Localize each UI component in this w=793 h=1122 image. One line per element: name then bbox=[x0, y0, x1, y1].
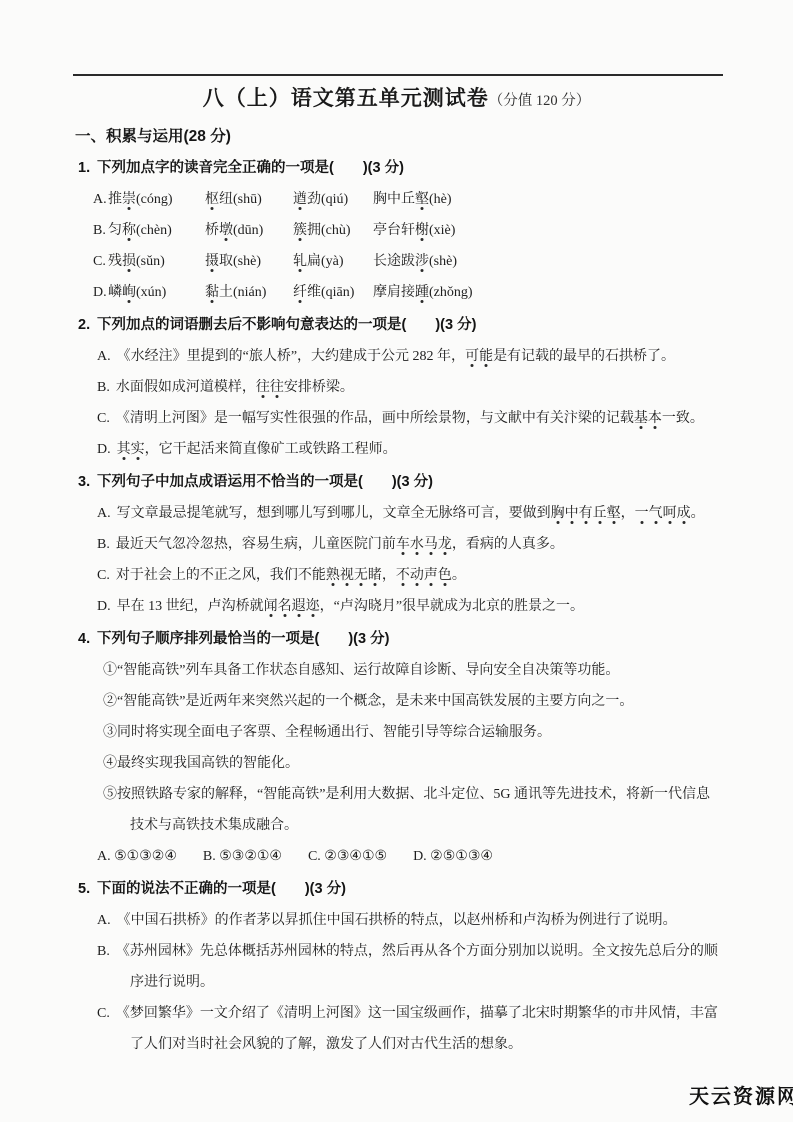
option-row: D.早在 13 世纪，卢沟桥就闻名遐迩，“卢沟晓月”很早就成为北京的胜景之一。 bbox=[75, 591, 730, 622]
text-run: 安排桥梁。 bbox=[284, 380, 354, 395]
text-run: 《梦回繁华》一文介绍了《清明上河图》这一国宝级画作，描摹了北宋时期繁华的市井风情… bbox=[116, 1006, 718, 1021]
word-cell: 轧扁(yà) bbox=[293, 246, 373, 277]
question-stem: 2.下列加点的词语删去后不影响句意表达的一项是( )(3 分) bbox=[75, 310, 730, 341]
text-run: 维 bbox=[307, 285, 321, 300]
option-row: B.《苏州园林》先总体概括苏州园林的特点，然后再从各个方面分别加以说明。全文按先… bbox=[75, 936, 730, 967]
dotted-char: 其 bbox=[117, 442, 131, 457]
dotted-char: 色 bbox=[438, 568, 452, 583]
text-run: (nián) bbox=[233, 285, 266, 300]
word-cell: 嶙峋(xún) bbox=[108, 277, 205, 308]
question-stem: 5.下面的说法不正确的一项是( )(3 分) bbox=[75, 874, 730, 905]
question-stem-text: 下列加点字的读音完全正确的一项是( )(3 分) bbox=[97, 160, 404, 176]
option-row: B.匀称(chèn)桥墩(dūn)簇拥(chù)亭台轩榭(xiè) bbox=[75, 215, 730, 246]
question-4: 4.下列句子顺序排列最恰当的一项是( )(3 分)①“智能高铁”列车具备工作状态… bbox=[75, 624, 730, 872]
word-cell: 胸中丘壑(hè) bbox=[373, 184, 452, 215]
dotted-char: 遐 bbox=[292, 599, 306, 614]
text-run: 扁 bbox=[307, 254, 321, 269]
text-run: 桥 bbox=[205, 223, 219, 238]
word-cell: 匀称(chèn) bbox=[108, 215, 205, 246]
text-run: 拥 bbox=[307, 223, 321, 238]
word-cell: 桥墩(dūn) bbox=[205, 215, 293, 246]
option-label: B. bbox=[97, 537, 110, 552]
sentence-row: ②“智能高铁”是近两年来突然兴起的一个概念，是未来中国高铁发展的主要方向之一。 bbox=[75, 686, 730, 717]
text-run: ， bbox=[382, 568, 396, 583]
option-label: C. bbox=[97, 1006, 110, 1021]
option-label: D. bbox=[97, 442, 111, 457]
dotted-char: 睹 bbox=[368, 568, 382, 583]
watermark: 天云资源网 bbox=[689, 1080, 793, 1109]
option-label: C. bbox=[97, 411, 110, 426]
text-run: (xún) bbox=[136, 285, 166, 300]
text-run: (qiān) bbox=[321, 285, 354, 300]
option-continuation: 序进行说明。 bbox=[75, 967, 730, 998]
question-1: 1.下列加点字的读音完全正确的一项是( )(3 分)A.推崇(cóng)枢纽(s… bbox=[75, 153, 730, 308]
choice: C. ②③④①⑤ bbox=[308, 849, 387, 864]
text-run: 序进行说明。 bbox=[130, 975, 214, 990]
text-run: 劲 bbox=[307, 192, 321, 207]
question-stem: 4.下列句子顺序排列最恰当的一项是( )(3 分) bbox=[75, 624, 730, 655]
word-cell: 遒劲(qiú) bbox=[293, 184, 373, 215]
question-stem: 3.下列句子中加点成语运用不恰当的一项是( )(3 分) bbox=[75, 467, 730, 498]
option-label: A. bbox=[97, 349, 111, 364]
dotted-char: 往 bbox=[256, 380, 270, 395]
text-run: (yà) bbox=[321, 254, 344, 269]
text-run: 了人们对当时社会风貌的了解，激发了人们对古代生活的想象。 bbox=[130, 1037, 522, 1052]
text-run: 推 bbox=[108, 192, 122, 207]
dotted-char: 踵 bbox=[415, 285, 429, 300]
text-run: (zhǒng) bbox=[429, 285, 473, 300]
dotted-char: 损 bbox=[122, 254, 136, 269]
question-3: 3.下列句子中加点成语运用不恰当的一项是( )(3 分)A.写文章最忌提笔就写，… bbox=[75, 467, 730, 622]
option-row: C.《梦回繁华》一文介绍了《清明上河图》这一国宝级画作，描摹了北宋时期繁华的市井… bbox=[75, 998, 730, 1029]
dotted-char: 黏 bbox=[205, 285, 219, 300]
dotted-char: 视 bbox=[340, 568, 354, 583]
question-number: 1. bbox=[78, 153, 97, 184]
text-run: 《中国石拱桥》的作者茅以昇抓住中国石拱桥的特点，以赵州桥和卢沟桥为例进行了说明。 bbox=[117, 913, 677, 928]
option-label: C. bbox=[97, 568, 110, 583]
option-row: A.写文章最忌提笔就写，想到哪儿写到哪儿，文章全无脉络可言，要做到胸中有丘壑，一… bbox=[75, 498, 730, 529]
word-cell: 摩肩接踵(zhǒng) bbox=[373, 277, 473, 308]
option-label: A. bbox=[97, 506, 111, 521]
sentence-row: ③同时将实现全面电子客票、全程畅通出行、智能引导等综合运输服务。 bbox=[75, 717, 730, 748]
option-row: A.推崇(cóng)枢纽(shū)遒劲(qiú)胸中丘壑(hè) bbox=[75, 184, 730, 215]
question-number: 4. bbox=[78, 624, 97, 655]
document-page: 八（上）语文第五单元测试卷（分值 120 分） 一、积累与运用(28 分) 1.… bbox=[0, 0, 793, 1122]
dotted-char: 闻 bbox=[264, 599, 278, 614]
question-stem-text: 下列句子顺序排列最恰当的一项是( )(3 分) bbox=[97, 631, 389, 647]
text-run: (cóng) bbox=[136, 192, 173, 207]
option-row: A.《中国石拱桥》的作者茅以昇抓住中国石拱桥的特点，以赵州桥和卢沟桥为例进行了说… bbox=[75, 905, 730, 936]
text-run: ②“智能高铁”是近两年来突然兴起的一个概念，是未来中国高铁发展的主要方向之一。 bbox=[103, 694, 633, 709]
option-label: B. bbox=[97, 944, 110, 959]
dotted-char: 本 bbox=[648, 411, 662, 426]
dotted-char: 水 bbox=[410, 537, 424, 552]
questions: 1.下列加点字的读音完全正确的一项是( )(3 分)A.推崇(cóng)枢纽(s… bbox=[75, 153, 730, 1060]
text-run: 。 bbox=[452, 568, 466, 583]
question-stem: 1.下列加点字的读音完全正确的一项是( )(3 分) bbox=[75, 153, 730, 184]
sentence-continuation: 技术与高铁技术集成融合。 bbox=[75, 810, 730, 841]
text-run: 嶙 bbox=[108, 285, 122, 300]
dotted-char: 往 bbox=[270, 380, 284, 395]
dotted-char: 马 bbox=[424, 537, 438, 552]
text-run: ③同时将实现全面电子客票、全程畅通出行、智能引导等综合运输服务。 bbox=[103, 725, 551, 740]
text-run: ， bbox=[621, 506, 635, 521]
text-run: 亭台轩 bbox=[373, 223, 415, 238]
text-run: ，“卢沟晓月”很早就成为北京的胜景之一。 bbox=[320, 599, 584, 614]
dotted-char: 摄 bbox=[205, 254, 219, 269]
text-run: (shū) bbox=[233, 192, 262, 207]
option-row: C.《清明上河图》是一幅写实性很强的作品，画中所绘景物，与文献中有关汴梁的记载基… bbox=[75, 403, 730, 434]
question-5: 5.下面的说法不正确的一项是( )(3 分)A.《中国石拱桥》的作者茅以昇抓住中… bbox=[75, 874, 730, 1060]
dotted-char: 车 bbox=[396, 537, 410, 552]
text-run: ，它干起活来简直像矿工或铁路工程师。 bbox=[145, 442, 397, 457]
dotted-char: 中 bbox=[565, 506, 579, 521]
paper-score-note: （分值 120 分） bbox=[489, 93, 591, 109]
word-cell: 推崇(cóng) bbox=[108, 184, 205, 215]
word-cell: 摄取(shè) bbox=[205, 246, 293, 277]
dotted-char: 实 bbox=[131, 442, 145, 457]
text-run: 写文章最忌提笔就写，想到哪儿写到哪儿，文章全无脉络可言，要做到 bbox=[117, 506, 551, 521]
dotted-char: 称 bbox=[122, 223, 136, 238]
option-row: B.水面假如成河道模样，往往安排桥梁。 bbox=[75, 372, 730, 403]
word-cell: 纤维(qiān) bbox=[293, 277, 373, 308]
option-label: B. bbox=[97, 380, 110, 395]
option-label: B. bbox=[93, 215, 108, 246]
dotted-char: 迩 bbox=[306, 599, 320, 614]
dotted-char: 成 bbox=[677, 506, 691, 521]
option-continuation: 了人们对当时社会风貌的了解，激发了人们对古代生活的想象。 bbox=[75, 1029, 730, 1060]
text-run: ，看病的人真多。 bbox=[452, 537, 564, 552]
dotted-char: 可 bbox=[465, 349, 479, 364]
text-run: (chèn) bbox=[136, 223, 172, 238]
text-run: (shè) bbox=[233, 254, 261, 269]
sentence-row: ④最终实现我国高铁的智能化。 bbox=[75, 748, 730, 779]
dotted-char: 有 bbox=[579, 506, 593, 521]
text-run: (hè) bbox=[429, 192, 452, 207]
text-run: 摩肩接 bbox=[373, 285, 415, 300]
option-row: B.最近天气忽冷忽热，容易生病，儿童医院门前车水马龙，看病的人真多。 bbox=[75, 529, 730, 560]
option-label: C. bbox=[93, 246, 108, 277]
text-run: 是有记载的最早的石拱桥了。 bbox=[493, 349, 675, 364]
text-run: 残 bbox=[108, 254, 122, 269]
text-run: 取 bbox=[219, 254, 233, 269]
text-run: 土 bbox=[219, 285, 233, 300]
dotted-char: 簇 bbox=[293, 223, 307, 238]
sentence-row: ⑤按照铁路专家的解释，“智能高铁”是利用大数据、北斗定位、5G 通讯等先进技术，… bbox=[75, 779, 730, 810]
text-run: 纽 bbox=[219, 192, 233, 207]
text-run: (shè) bbox=[429, 254, 457, 269]
word-cell: 残损(sǔn) bbox=[108, 246, 205, 277]
dotted-char: 壑 bbox=[415, 192, 429, 207]
text-run: 技术与高铁技术集成融合。 bbox=[130, 818, 298, 833]
text-run: ④最终实现我国高铁的智能化。 bbox=[103, 756, 299, 771]
question-number: 2. bbox=[78, 310, 97, 341]
word-cell: 簇拥(chù) bbox=[293, 215, 373, 246]
paper-title-text: 八（上）语文第五单元测试卷 bbox=[203, 87, 489, 110]
question-stem-text: 下列句子中加点成语运用不恰当的一项是( )(3 分) bbox=[97, 474, 433, 490]
text-run: 长途跋 bbox=[373, 254, 415, 269]
text-run: (sǔn) bbox=[136, 254, 165, 269]
text-run: 匀 bbox=[108, 223, 122, 238]
choice: B. ⑤③②①④ bbox=[203, 849, 282, 864]
option-label: D. bbox=[93, 277, 108, 308]
dotted-char: 涉 bbox=[415, 254, 429, 269]
dotted-char: 枢 bbox=[205, 192, 219, 207]
dotted-char: 峋 bbox=[122, 285, 136, 300]
dotted-char: 名 bbox=[278, 599, 292, 614]
dotted-char: 榭 bbox=[415, 223, 429, 238]
dotted-char: 一 bbox=[635, 506, 649, 521]
section-heading: 一、积累与运用(28 分) bbox=[75, 127, 231, 147]
dotted-char: 纤 bbox=[293, 285, 307, 300]
choices-row: A. ⑤①③②④B. ⑤③②①④C. ②③④①⑤D. ②⑤①③④ bbox=[75, 841, 730, 872]
text-run: ①“智能高铁”列车具备工作状态自感知、运行故障自诊断、导向安全自决策等功能。 bbox=[103, 663, 619, 678]
dotted-char: 动 bbox=[410, 568, 424, 583]
dotted-char: 龙 bbox=[438, 537, 452, 552]
sentence-row: ①“智能高铁”列车具备工作状态自感知、运行故障自诊断、导向安全自决策等功能。 bbox=[75, 655, 730, 686]
header-rule bbox=[73, 74, 723, 76]
dotted-char: 呵 bbox=[663, 506, 677, 521]
dotted-char: 能 bbox=[479, 349, 493, 364]
dotted-char: 不 bbox=[396, 568, 410, 583]
question-number: 5. bbox=[78, 874, 97, 905]
dotted-char: 声 bbox=[424, 568, 438, 583]
dotted-char: 崇 bbox=[122, 192, 136, 207]
text-run: 对于社会上的不正之风，我们不能 bbox=[116, 568, 326, 583]
text-run: 早在 13 世纪，卢沟桥就 bbox=[117, 599, 264, 614]
dotted-char: 遒 bbox=[293, 192, 307, 207]
text-run: 。 bbox=[691, 506, 705, 521]
dotted-char: 胸 bbox=[551, 506, 565, 521]
text-run: 一致。 bbox=[662, 411, 704, 426]
dotted-char: 轧 bbox=[293, 254, 307, 269]
question-stem-text: 下列加点的词语删去后不影响句意表达的一项是( )(3 分) bbox=[97, 317, 476, 333]
dotted-char: 气 bbox=[649, 506, 663, 521]
dotted-char: 丘 bbox=[593, 506, 607, 521]
text-run: 《水经注》里提到的“旅人桥”，大约建成于公元 282 年， bbox=[117, 349, 465, 364]
question-2: 2.下列加点的词语删去后不影响句意表达的一项是( )(3 分)A.《水经注》里提… bbox=[75, 310, 730, 465]
question-stem-text: 下面的说法不正确的一项是( )(3 分) bbox=[97, 881, 346, 897]
dotted-char: 熟 bbox=[326, 568, 340, 583]
text-run: (qiú) bbox=[321, 192, 348, 207]
option-row: C.残损(sǔn)摄取(shè)轧扁(yà)长途跋涉(shè) bbox=[75, 246, 730, 277]
option-row: D.其实，它干起活来简直像矿工或铁路工程师。 bbox=[75, 434, 730, 465]
text-run: (dūn) bbox=[233, 223, 263, 238]
dotted-char: 基 bbox=[634, 411, 648, 426]
text-run: 胸中丘 bbox=[373, 192, 415, 207]
option-row: C.对于社会上的不正之风，我们不能熟视无睹，不动声色。 bbox=[75, 560, 730, 591]
text-run: 《苏州园林》先总体概括苏州园林的特点，然后再从各个方面分别加以说明。全文按先总后… bbox=[116, 944, 718, 959]
dotted-char: 墩 bbox=[219, 223, 233, 238]
text-run: 《清明上河图》是一幅写实性很强的作品，画中所绘景物，与文献中有关汴梁的记载 bbox=[116, 411, 634, 426]
word-cell: 黏土(nián) bbox=[205, 277, 293, 308]
text-run: ⑤按照铁路专家的解释，“智能高铁”是利用大数据、北斗定位、5G 通讯等先进技术，… bbox=[103, 787, 710, 802]
option-label: A. bbox=[97, 913, 111, 928]
option-label: D. bbox=[97, 599, 111, 614]
text-run: 水面假如成河道模样， bbox=[116, 380, 256, 395]
text-run: 最近天气忽冷忽热，容易生病，儿童医院门前 bbox=[116, 537, 396, 552]
word-cell: 亭台轩榭(xiè) bbox=[373, 215, 455, 246]
option-row: D.嶙峋(xún)黏土(nián)纤维(qiān)摩肩接踵(zhǒng) bbox=[75, 277, 730, 308]
word-cell: 枢纽(shū) bbox=[205, 184, 293, 215]
dotted-char: 无 bbox=[354, 568, 368, 583]
text-run: (chù) bbox=[321, 223, 351, 238]
choice: D. ②⑤①③④ bbox=[413, 849, 493, 864]
option-row: A.《水经注》里提到的“旅人桥”，大约建成于公元 282 年，可能是有记载的最早… bbox=[75, 341, 730, 372]
text-run: (xiè) bbox=[429, 223, 455, 238]
choice: A. ⑤①③②④ bbox=[97, 849, 177, 864]
word-cell: 长途跋涉(shè) bbox=[373, 246, 457, 277]
question-number: 3. bbox=[78, 467, 97, 498]
option-label: A. bbox=[93, 184, 108, 215]
dotted-char: 壑 bbox=[607, 506, 621, 521]
paper-title: 八（上）语文第五单元测试卷（分值 120 分） bbox=[0, 84, 793, 116]
